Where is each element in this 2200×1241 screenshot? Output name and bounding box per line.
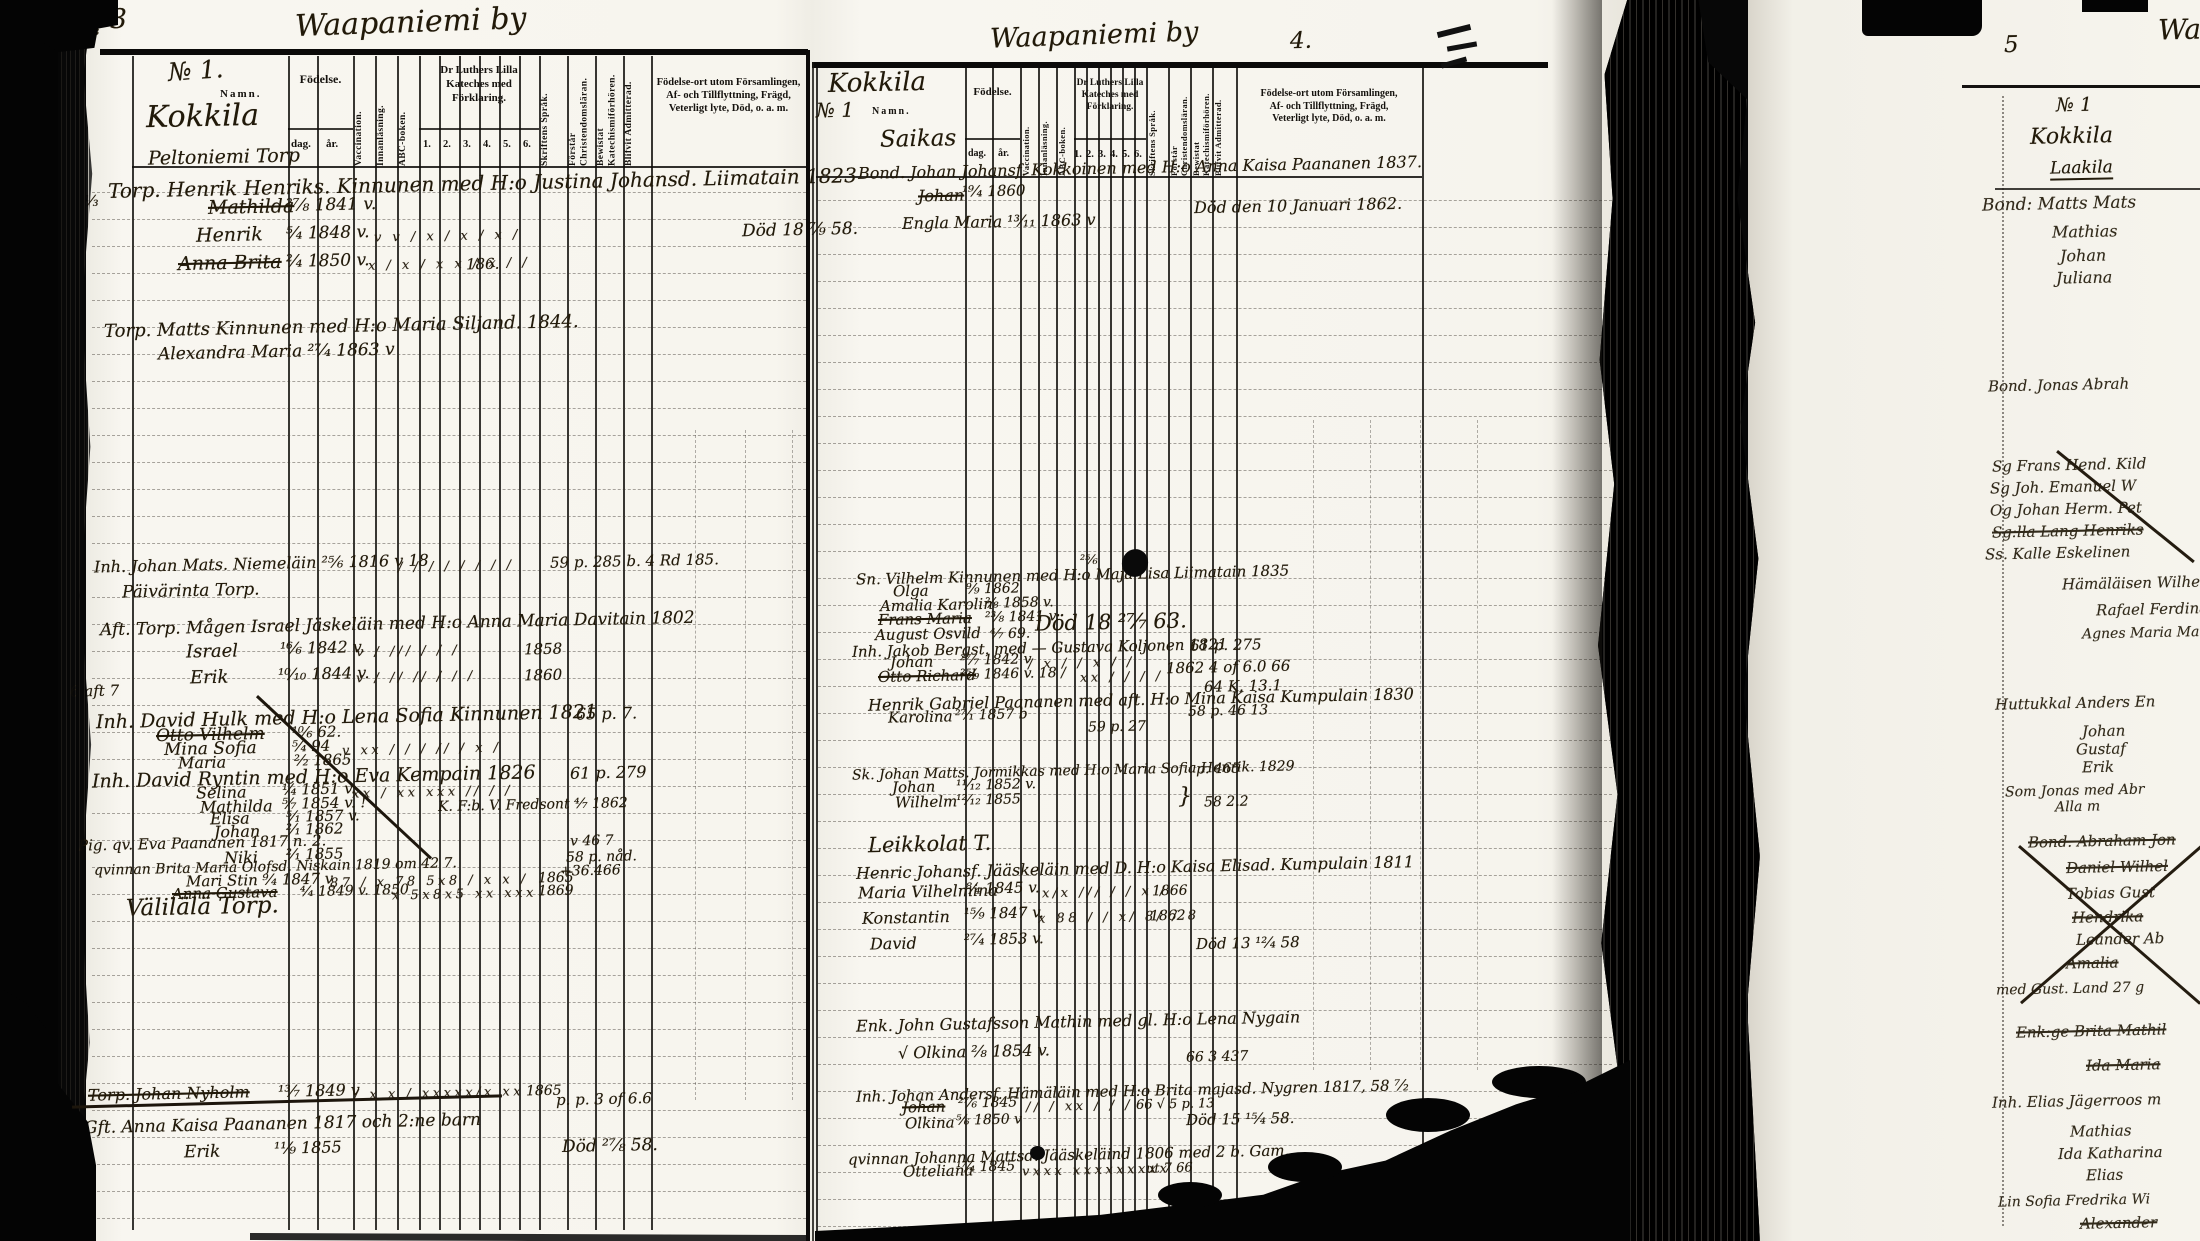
column-rule <box>651 56 653 1230</box>
ruled-line <box>92 921 806 922</box>
faint-column-guide <box>792 430 793 1100</box>
katekes-line3: Förklaring. <box>1087 102 1134 112</box>
handwritten-entry: 1862 <box>1150 909 1186 924</box>
handwritten-entry: Ida Katharina <box>2058 1145 2163 1162</box>
faint-column-guide <box>1370 420 1371 1070</box>
handwritten-entry: ¹²⁄₁₂ 1855 <box>956 792 1021 807</box>
handwritten-entry: Död den 10 Januari 1862. <box>1194 196 1402 216</box>
katekes-number: 3. <box>463 138 471 151</box>
scan-gutter-smear <box>1552 0 1602 1241</box>
page-3-name-no: № 1. <box>167 56 224 85</box>
column-rule <box>623 56 625 1230</box>
handwritten-entry: x ∕ x ∕ x x ∕ x ∕ ∕ <box>368 256 530 272</box>
page-4-name-no: № 1 <box>816 100 854 121</box>
handwritten-entry: ²⁷⁄₄ 1853 v. <box>964 931 1044 948</box>
handwritten-entry: p. 465 <box>1196 762 1241 777</box>
faint-column-guide <box>695 430 696 1100</box>
ruled-line <box>92 948 806 949</box>
handwritten-entry: Anna Brita <box>178 253 282 274</box>
page-4-village-title: Waapaniemi by <box>990 18 1199 52</box>
handwritten-entry: ut 7 66 <box>1146 1162 1193 1176</box>
handwritten-entry: Johan <box>918 188 965 205</box>
fodelse-subrule <box>965 138 1020 140</box>
page-4-col-ar: år. <box>998 148 1009 161</box>
page-4-number: 4. <box>1290 30 1312 53</box>
handwritten-entry: 1866 <box>1152 884 1188 899</box>
katekes-number: 1. <box>423 138 431 151</box>
handwritten-entry: Som Jonas med Abr <box>2005 783 2145 800</box>
handwritten-entry: Mathias <box>2070 1123 2132 1139</box>
ruled-line <box>92 1056 806 1057</box>
column-rule <box>595 56 597 1230</box>
page-4-name-village: Kokkila <box>828 69 927 97</box>
ruled-line <box>92 1137 806 1138</box>
faint-column-guide <box>1477 420 1478 1070</box>
handwritten-entry: Alexandra Maria ²⁷⁄₄ 1863 v <box>158 342 395 364</box>
ruled-line <box>818 389 1612 390</box>
handwritten-entry: Gustaf <box>2076 741 2126 757</box>
handwritten-entry: 61 p. 275 <box>1190 637 1262 653</box>
handwritten-entry: ²⁷⁄₆ 1845 <box>958 1095 1018 1110</box>
katekes-subrule <box>419 128 539 130</box>
ruled-line <box>92 219 806 220</box>
handwritten-entry: Karolina <box>888 709 953 725</box>
ruled-line <box>818 443 1612 444</box>
handwritten-entry: Peltoniemi Torp <box>148 146 300 168</box>
ruled-line <box>92 543 806 544</box>
handwritten-entry: xx ∕ ∕ ∕ ∕ <box>1080 670 1164 685</box>
handwritten-entry: Israel <box>186 642 238 661</box>
handwritten-entry: x 5x8x5 xx xxx <box>392 886 537 902</box>
handwritten-entry: p. p. 3 of 6.6 <box>556 1091 652 1108</box>
scan-blob-bump-2 <box>1268 1152 1342 1182</box>
handwritten-entry: ∕∕ ∕ xx ∕ ∕ ∕ <box>1026 1099 1133 1114</box>
ruled-line <box>92 516 806 517</box>
handwritten-entry: 58 2.2 <box>1204 795 1249 810</box>
katekes-number: 6. <box>523 138 531 151</box>
page-3-col-ar: år. <box>326 138 338 152</box>
page-3-col-katekes: Dr Luthers Lilla Kateches med Förklaring… <box>419 64 539 105</box>
ruled-line <box>818 416 1612 417</box>
handwritten-entry: Mathias <box>2052 223 2118 240</box>
scan-blob-bump-4 <box>1492 1066 1586 1098</box>
ruled-line <box>818 983 1612 984</box>
handwritten-entry: ¹¹⁄₁₂ 1852 v. <box>956 777 1036 793</box>
page-5-subrule <box>1995 188 2200 190</box>
ruled-line <box>92 435 806 436</box>
column-header-forstar: Förstår Christendomsläran. <box>568 58 594 168</box>
ruled-line <box>92 462 806 463</box>
page-4-col-dag: dag. <box>968 148 986 161</box>
handwritten-entry: ¹⁹⁄₄ 1860 <box>962 183 1026 199</box>
handwritten-entry: ²⁄₄ 1850 v. <box>286 252 370 271</box>
ruled-line <box>92 975 806 976</box>
ruled-line <box>92 381 806 382</box>
handwritten-entry: Elias <box>2086 1168 2123 1184</box>
scan-blob-bump-3 <box>1386 1098 1470 1132</box>
ruled-line <box>818 956 1612 957</box>
column-header-vaccination: Vaccination. <box>354 58 374 168</box>
fodelseort-line1: Födelse-ort utom Församlingen, <box>1261 88 1398 99</box>
page-divider-2 <box>812 62 814 1241</box>
handwritten-entry: Agnes Maria Matild <box>2082 625 2200 642</box>
page-4-col-fodelseort: Födelse-ort utom Församlingen, Af- och T… <box>1236 88 1422 126</box>
column-header-abc: ABC-boken. <box>398 58 418 168</box>
handwritten-entry: v ∕ ∕∕∕ ∕ ∕ ∕ <box>356 644 460 659</box>
page-4-name-subvillage: Saikas <box>880 127 957 152</box>
page-3-col-fodelse: Födelse. <box>288 72 353 87</box>
ruled-line <box>92 300 806 301</box>
handwritten-entry: Ss. Kalle Eskelinen <box>1985 544 2131 562</box>
handwritten-entry: Johan <box>2060 248 2107 265</box>
handwritten-entry: Välilälä Torp. <box>126 894 279 920</box>
fodelseort-line2: Af- och Tillflyttning, Frägd, <box>666 90 791 101</box>
handwritten-entry: Erik <box>190 669 229 688</box>
faint-column-guide <box>1420 420 1421 1070</box>
handwritten-entry: ⁸⁄₄ 1845 v. <box>966 880 1040 897</box>
fodelseort-line1: Födelse-ort utom Församlingen, <box>657 77 801 88</box>
ruled-line <box>818 740 1612 741</box>
ruled-line <box>818 524 1612 525</box>
ruled-line <box>818 254 1612 255</box>
handwritten-entry: Johan <box>2082 724 2126 740</box>
page-5-title-fragment: Wa <box>2158 16 2200 45</box>
handwritten-entry: Lin Sofia Fredrika Wi <box>1998 1192 2150 1209</box>
katekes-line1: Dr Luthers Lilla <box>1077 78 1144 88</box>
handwritten-entry: 1869 <box>538 884 574 899</box>
page-divider <box>806 50 810 1241</box>
handwritten-entry: ²⁷⁄₈ 1841 v. <box>286 196 377 215</box>
handwritten-entry: } <box>1178 786 1192 808</box>
handwritten-entry: ¹⁵⁄₉ 1847 v. <box>964 905 1044 922</box>
ruled-line <box>818 821 1612 822</box>
handwritten-entry: Bond: Matts Mats <box>1982 194 2136 214</box>
katekes-line2: Kateches med <box>1082 90 1139 100</box>
handwritten-entry: Wilhelm <box>895 794 958 810</box>
page-4-name-label: Namn. <box>872 106 911 119</box>
handwritten-entry: Huttukkal Anders En <box>1995 694 2156 712</box>
ruled-line <box>92 408 806 409</box>
handwritten-entry: √ Olkina ²⁄₈ 1854 v. <box>898 1042 1050 1061</box>
handwritten-entry: Juliana <box>2056 269 2113 286</box>
handwritten-entry: Alexander <box>2080 1215 2158 1232</box>
column-header-blifvit: Blifvit Admitterad. <box>624 58 650 168</box>
handwritten-entry: ⁵⁄₆ 1850 v <box>956 1112 1022 1127</box>
ink-dot <box>1030 1146 1045 1160</box>
ruled-line <box>92 1029 806 1030</box>
ruled-line <box>818 335 1612 336</box>
handwritten-entry: Leikkolat T. <box>868 833 992 857</box>
handwritten-entry: 1862 4 of 6.0 66 <box>1166 659 1291 677</box>
handwritten-entry: Rafael Ferdinand <box>2096 601 2200 619</box>
ruled-line <box>92 1218 806 1219</box>
handwritten-entry: ¹⁷⁄₄ 1845 <box>956 1159 1016 1174</box>
handwritten-entry: ²⁵⁄₆ <box>1080 554 1098 567</box>
handwritten-entry: Alla m <box>2055 800 2100 815</box>
column-rule <box>1422 68 1424 1232</box>
handwritten-entry: Daniel Wilhel <box>2066 859 2168 876</box>
page-4-col-fodelse: Födelse. <box>965 86 1020 100</box>
page-3-name-village: Kokkila <box>146 101 260 133</box>
ruled-line <box>818 551 1612 552</box>
handwritten-entry: Sg Joh. Emanuel W <box>1990 478 2136 496</box>
katekes-number: 5. <box>503 138 511 151</box>
handwritten-entry: ⁵⁄₄ 1848 v. <box>286 224 370 243</box>
faint-column-guide <box>745 430 746 1100</box>
handwritten-entry: 61 p. 279 <box>570 764 647 782</box>
column-rule <box>816 68 818 1232</box>
handwritten-entry: Hämäläisen Wilhel <box>2062 575 2200 593</box>
handwritten-entry: Erik <box>184 1144 221 1162</box>
handwritten-entry: ¹⁶⁄₆ 1842 v. <box>280 639 365 657</box>
handwritten-entry: Henrik <box>196 225 263 245</box>
column-rule <box>132 56 134 1230</box>
fodelseort-line2: Af- och Tillflyttning, Frägd, <box>1270 101 1389 112</box>
fodelse-subrule <box>288 128 353 130</box>
handwritten-entry: Engla Maria ¹³⁄₁₁ 1863 v <box>902 212 1096 232</box>
page-5-name-no: № 1 <box>2056 96 2092 116</box>
page-5-header-rule <box>1962 85 2200 88</box>
page-3-village-title: Waapaniemi by <box>295 4 527 42</box>
ruled-line <box>818 1037 1612 1038</box>
ruled-line <box>818 308 1612 309</box>
page-4-header-rule <box>812 62 1548 68</box>
page-5-village: Kokkila <box>2030 125 2113 149</box>
handwritten-entry: Död 18 ²⁷⁄₇ 63. <box>1035 610 1187 634</box>
scan-blob-bump-1 <box>1158 1182 1222 1208</box>
page-5-number: 5 <box>2004 34 2019 57</box>
ruled-line <box>92 489 806 490</box>
handwritten-entry: 66 √ 5 p. 13 <box>1136 1097 1215 1112</box>
scan-strip-top-right-2 <box>2082 0 2148 12</box>
handwritten-entry: Enk:ge Brita Mathil <box>2016 1022 2167 1040</box>
scanned-register-spread: 3 Waapaniemi by № 1. Namn. Kokkila Födel… <box>0 0 2200 1241</box>
ruled-line <box>818 470 1612 471</box>
handwritten-entry: 186. <box>466 257 500 273</box>
handwritten-entry: Död ²⁷⁄₈ 58. <box>562 1137 658 1156</box>
page-4-col-katekes: Dr Luthers Lilla Kateches med Förklaring… <box>1074 78 1146 114</box>
column-header-bewistat: Bewistat Katechismiförhören. <box>596 58 622 168</box>
handwritten-entry: v v ∕ x ∕ x ∕ x ∕ <box>374 228 521 244</box>
handwritten-entry: Ida Maria <box>2086 1057 2161 1074</box>
katekes-line3: Förklaring. <box>452 92 506 104</box>
ruled-line <box>818 497 1612 498</box>
ruled-line <box>92 1002 806 1003</box>
handwritten-entry: Päivärinta Torp. <box>122 582 260 602</box>
scan-strip-bottom-left-page <box>250 1233 808 1241</box>
column-header-skrift: Skriftens Språk. <box>540 58 566 168</box>
ruled-line <box>92 1191 806 1192</box>
katekes-number: 2. <box>443 138 451 151</box>
katekes-line2: Kateches med <box>446 78 512 90</box>
page-5-subvillage: Laakila <box>2050 159 2113 180</box>
fodelseort-line3: Veterligt lyte, Död, o. a. m. <box>669 103 788 114</box>
fodelseort-line3: Veterligt lyte, Död, o. a. m. <box>1272 113 1386 124</box>
handwritten-entry: K. F:b. V. Fredsont ⁴⁄₇ 1862 <box>438 796 628 814</box>
handwritten-entry: 58 p. 46 13 <box>1188 703 1268 719</box>
faint-column-guide <box>1313 420 1314 1070</box>
ruled-line <box>818 281 1612 282</box>
handwritten-entry: ²⁷⁄₁ 1857 b <box>955 707 1028 723</box>
ruled-line <box>818 362 1612 363</box>
handwritten-entry: med Gust. Land 27 g <box>1996 980 2144 997</box>
handwritten-entry: Inh. Elias Jägerroos m <box>1992 1092 2162 1111</box>
page-5-margin-dots <box>2002 96 2004 1226</box>
handwritten-entry: Konstantin <box>862 909 950 927</box>
handwritten-entry: ¹¹⁄₉ 1855 <box>274 1139 342 1156</box>
handwritten-entry: 59 p. 285 b. 4 Rd 185. <box>550 552 719 571</box>
handwritten-entry: Bond. Abraham Jon <box>2028 832 2176 850</box>
handwritten-entry: ∕ ∕ ∕ ∕ ∕ ∕ ∕ ∕ <box>398 559 515 574</box>
handwritten-entry: Bond. Jonas Abrah <box>1988 377 2129 395</box>
katekes-number: 4. <box>483 138 491 151</box>
handwritten-entry: Sg:lla Lang Henriks <box>1992 522 2144 540</box>
handwritten-entry: x∕x ∕∕∕ ∕ ∕ x ∕ <box>1042 885 1168 901</box>
katekes-line1: Dr Luthers Lilla <box>440 64 517 76</box>
ruled-line <box>92 1164 806 1165</box>
ruled-line <box>818 929 1612 930</box>
handwritten-entry: ²⁵⁄₉ 1846 v. 18 ∕ <box>960 666 1066 682</box>
page-3-col-fodelseort: Födelse-ort utom Församlingen, Af- och T… <box>651 76 806 115</box>
handwritten-entry: 59 p. 27 <box>1088 719 1146 734</box>
handwritten-entry: v 46 7 <box>570 834 614 849</box>
column-header-innanlasning: Innanläsning. <box>376 58 396 168</box>
handwritten-entry: v ∕ ∕∕ ∕∕ ∕ ∕ ∕ <box>356 670 476 686</box>
handwritten-entry: Mathilda <box>208 197 295 218</box>
handwritten-entry: 65 p. 7. <box>576 705 637 722</box>
handwritten-entry: David <box>870 936 917 953</box>
handwritten-entry: 1858 <box>524 642 562 658</box>
handwritten-entry: Död 18 ⁷⁄₉ 58. <box>742 221 858 240</box>
handwritten-entry: Död 15 ¹⁵⁄₄ 58. <box>1186 1111 1295 1128</box>
column-rule <box>567 56 569 1230</box>
handwritten-entry: ¹³⁄₇ 1849 v <box>278 1082 360 1100</box>
ruled-line <box>818 902 1612 903</box>
handwritten-entry: Död 13 ¹²⁄₄ 58 <box>1196 935 1300 952</box>
handwritten-entry: 66 3 437 <box>1186 1049 1249 1064</box>
page-3-header-rule <box>100 49 808 55</box>
handwritten-entry: Olkina <box>905 1115 955 1131</box>
handwritten-entry: v xx ∕ ∕ ∕ ∕∕ ∕ x ∕ <box>342 741 502 757</box>
scan-strip-top-right <box>1862 0 1982 36</box>
katekes-subrule <box>1074 138 1146 140</box>
handwritten-entry: Erik <box>2082 760 2114 776</box>
scan-gutter-band <box>1598 0 1760 1241</box>
handwritten-entry: 1860 <box>524 668 562 684</box>
